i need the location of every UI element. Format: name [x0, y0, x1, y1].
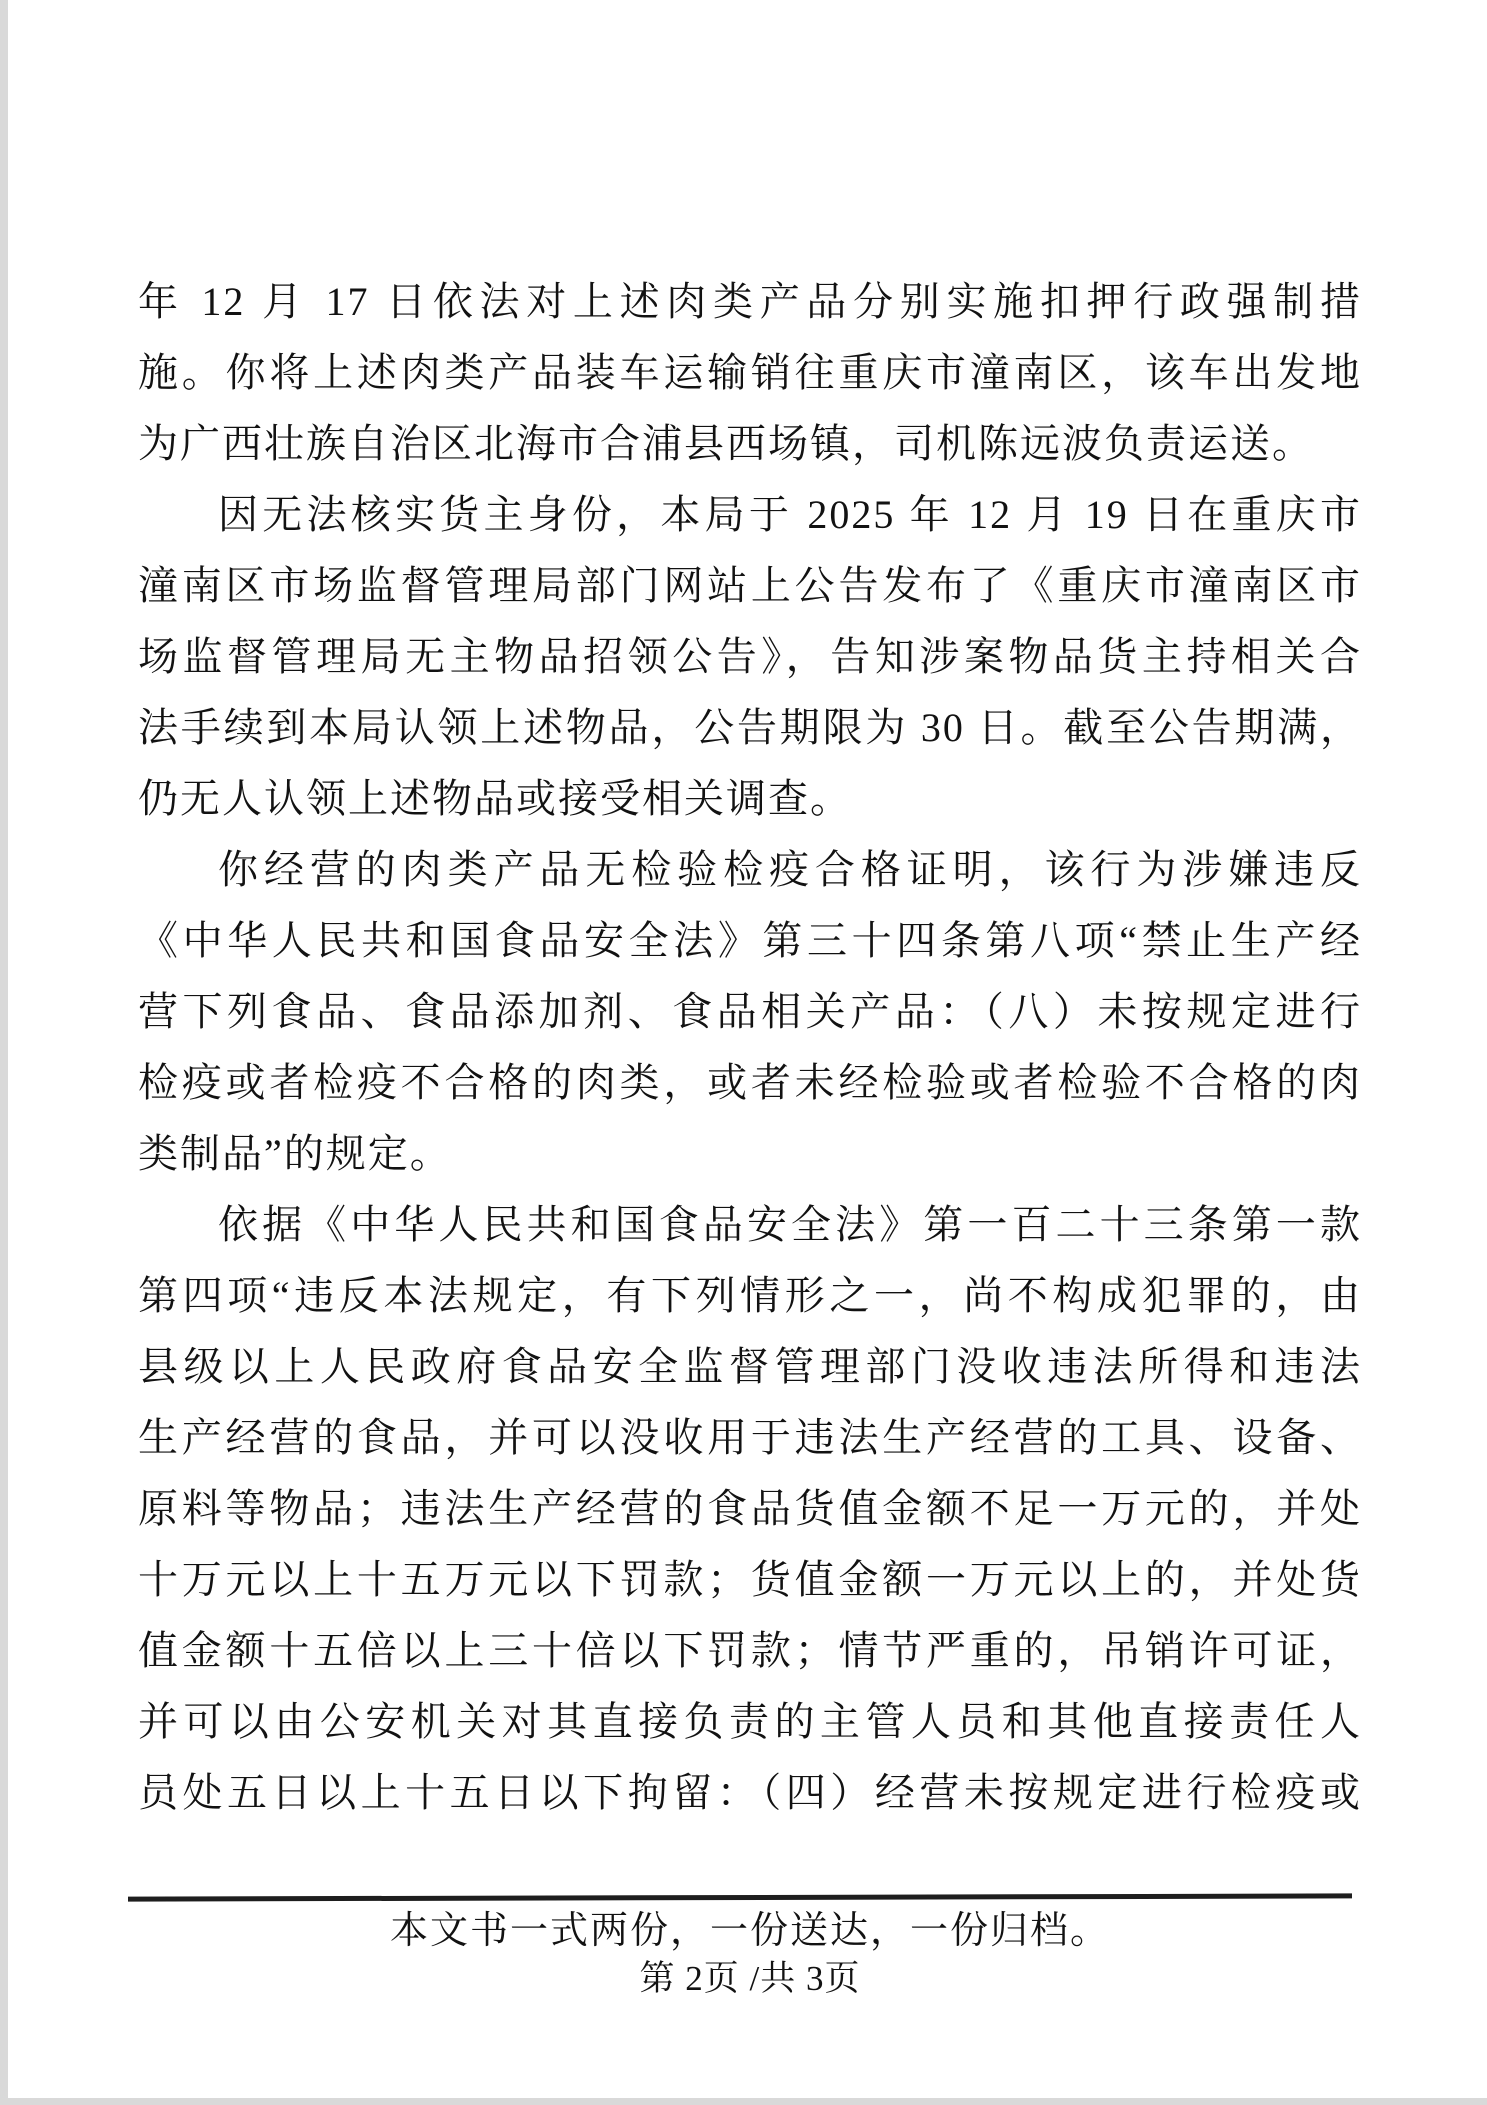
body-line: 潼南区市场监督管理局部门网站上公告发布了《重庆市潼南区市	[138, 550, 1362, 621]
body-line: 场监督管理局无主物品招领公告》，告知涉案物品货主持相关合	[138, 621, 1362, 692]
body-line: 员处五日以上十五日以下拘留：（四）经营未按规定进行检疫或	[138, 1757, 1362, 1828]
footer-divider	[128, 1893, 1352, 1901]
body-line: 施。你将上述肉类产品装车运输销往重庆市潼南区，该车出发地	[138, 337, 1362, 408]
body-line: 年 12 月 17 日依法对上述肉类产品分别实施扣押行政强制措	[138, 266, 1362, 337]
body-line: 依据《中华人民共和国食品安全法》第一百二十三条第一款	[138, 1189, 1362, 1260]
scan-edge-bottom	[0, 2098, 1487, 2105]
document-footer: 本文书一式两份，一份送达，一份归档。 第 2页 /共 3页	[138, 1906, 1362, 2002]
document-page: 年 12 月 17 日依法对上述肉类产品分别实施扣押行政强制措 施。你将上述肉类…	[0, 0, 1487, 2105]
body-line: 仍无人认领上述物品或接受相关调查。	[138, 763, 1362, 834]
body-line: 你经营的肉类产品无检验检疫合格证明，该行为涉嫌违反	[138, 834, 1362, 905]
body-line: 值金额十五倍以上三十倍以下罚款；情节严重的，吊销许可证，	[138, 1615, 1362, 1686]
body-line: 营下列食品、食品添加剂、食品相关产品：（八）未按规定进行	[138, 976, 1362, 1047]
body-line: 类制品”的规定。	[138, 1118, 1362, 1189]
document-body: 年 12 月 17 日依法对上述肉类产品分别实施扣押行政强制措 施。你将上述肉类…	[138, 266, 1362, 1828]
body-line: 生产经营的食品，并可以没收用于违法生产经营的工具、设备、	[138, 1402, 1362, 1473]
body-line: 县级以上人民政府食品安全监督管理部门没收违法所得和违法	[138, 1331, 1362, 1402]
body-line: 检疫或者检疫不合格的肉类，或者未经检验或者检验不合格的肉	[138, 1047, 1362, 1118]
body-line: 《中华人民共和国食品安全法》第三十四条第八项“禁止生产经	[138, 905, 1362, 976]
body-line: 第四项“违反本法规定，有下列情形之一，尚不构成犯罪的，由	[138, 1260, 1362, 1331]
body-line: 因无法核实货主身份，本局于 2025 年 12 月 19 日在重庆市	[138, 479, 1362, 550]
body-line: 为广西壮族自治区北海市合浦县西场镇，司机陈远波负责运送。	[138, 408, 1362, 479]
page-indicator: 第 2页 /共 3页	[138, 1956, 1362, 2002]
body-line: 并可以由公安机关对其直接负责的主管人员和其他直接责任人	[138, 1686, 1362, 1757]
body-line: 原料等物品；违法生产经营的食品货值金额不足一万元的，并处	[138, 1473, 1362, 1544]
body-line: 十万元以上十五万元以下罚款；货值金额一万元以上的，并处货	[138, 1544, 1362, 1615]
copies-note: 本文书一式两份，一份送达，一份归档。	[138, 1906, 1362, 1956]
body-line: 法手续到本局认领上述物品，公告期限为 30 日。截至公告期满，	[138, 692, 1362, 763]
scan-edge-left	[0, 0, 8, 2105]
